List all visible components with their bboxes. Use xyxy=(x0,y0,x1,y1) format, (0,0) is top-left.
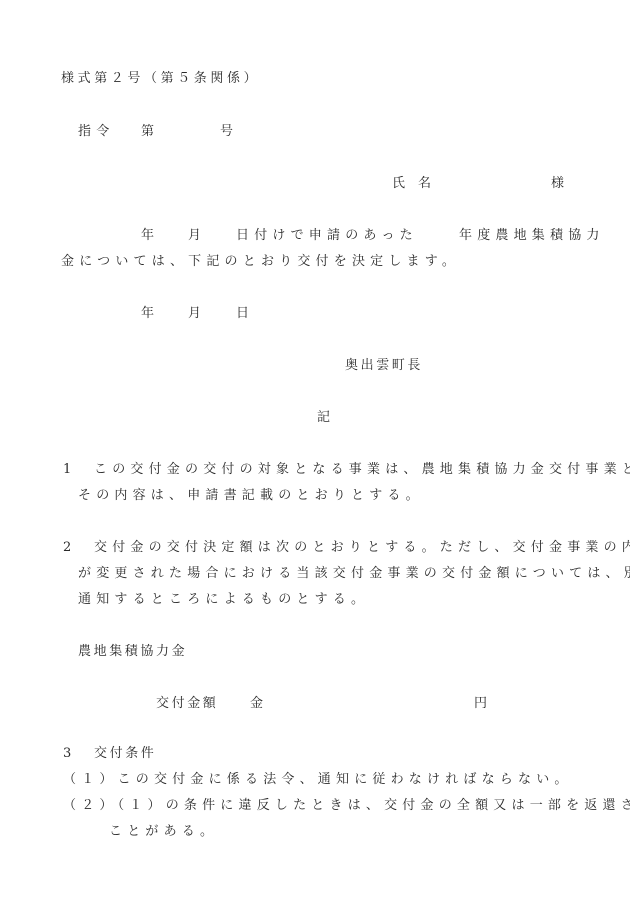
directive-go: 号 xyxy=(220,123,238,141)
intro-day-text: 日付けで申請のあった xyxy=(236,227,418,245)
condition-2-line2: ことがある。 xyxy=(109,823,218,841)
intro-fiscal-text: 年度農地集積協力 xyxy=(459,227,605,245)
item1-number: 1 xyxy=(63,461,76,479)
grant-name: 農地集積協力金 xyxy=(78,643,187,661)
item2-line1: 交付金の交付決定額は次のとおりとする。ただし、交付金事業の内容 xyxy=(94,539,630,557)
item1-line1: この交付金の交付の対象となる事業は、農地集積協力金交付事業とし、 xyxy=(94,461,630,479)
date-day: 日 xyxy=(236,305,254,323)
amount-yen: 円 xyxy=(474,695,492,713)
amount-label: 交付金額 xyxy=(156,695,218,713)
intro-year: 年 xyxy=(141,227,159,245)
addressee-honorific: 様 xyxy=(551,175,569,193)
item3-title: 交付条件 xyxy=(94,745,156,763)
directive-label: 指令 xyxy=(78,123,114,141)
item2-number: 2 xyxy=(63,539,76,557)
addressee-name-label: 氏 名 xyxy=(392,175,431,193)
item2-line3: 通知するところによるものとする。 xyxy=(78,591,369,609)
date-month: 月 xyxy=(188,305,206,323)
intro-line2: 金については、下記のとおり交付を決定します。 xyxy=(61,253,460,271)
date-year: 年 xyxy=(141,305,159,323)
directive-dai: 第 xyxy=(141,123,159,141)
form-number: 様式第２号（第５条関係） xyxy=(61,70,260,88)
item1-line2: その内容は、申請書記載のとおりとする。 xyxy=(78,487,424,505)
item2-line2: が変更された場合における当該交付金事業の交付金額については、別に xyxy=(78,565,630,583)
issuer: 奥出雲町長 xyxy=(345,357,423,375)
condition-2-line1: （２）（１）の条件に違反したときは、交付金の全額又は一部を返還させる xyxy=(63,797,630,815)
item3-number: 3 xyxy=(63,745,76,763)
intro-month: 月 xyxy=(188,227,206,245)
amount-kin: 金 xyxy=(250,695,268,713)
ki-heading: 記 xyxy=(317,409,335,427)
condition-1: （１）この交付金に係る法令、通知に従わなければならない。 xyxy=(63,771,573,789)
